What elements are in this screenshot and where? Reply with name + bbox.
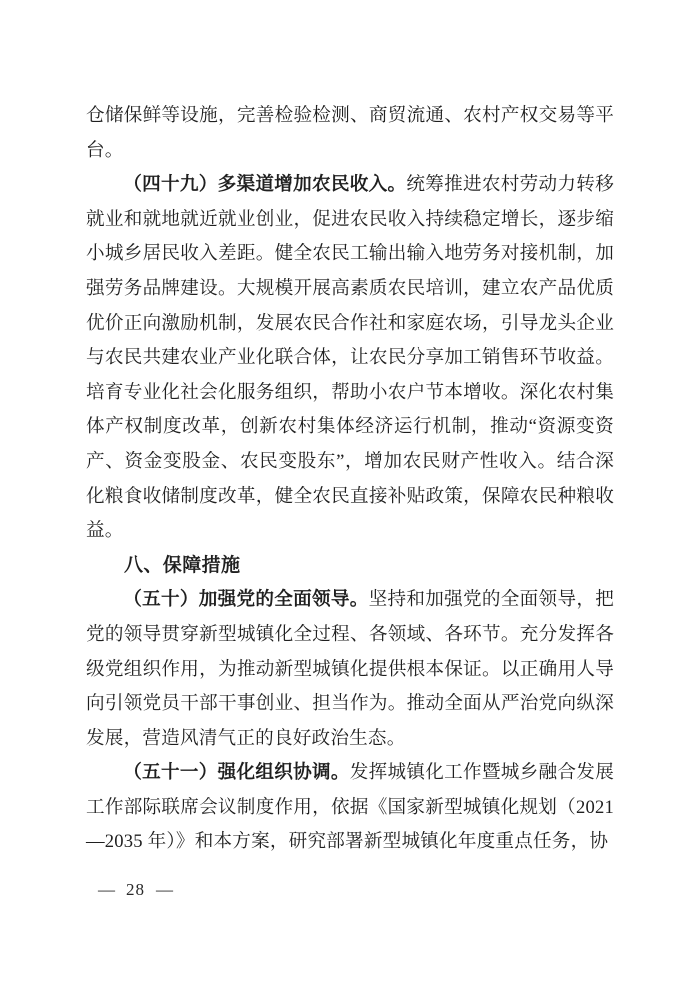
footer-right-dash: — [156,878,173,902]
paragraph-text: 统筹推进农村劳动力转移就业和就地就近就业创业，促进农民收入持续稳定增长，逐步缩小… [86,174,614,541]
paragraph-text: 坚持和加强党的全面领导，把党的领导贯穿新型城镇化全过程、各领域、各环节。充分发挥… [86,589,614,748]
paragraph-clause-51: （五十一）强化组织协调。发挥城镇化工作暨城乡融合发展工作部际联席会议制度作用，依… [86,756,614,860]
document-body: 仓储保鲜等设施，完善检验检测、商贸流通、农村产权交易等平台。 （四十九）多渠道增… [86,99,614,860]
page-number: 28 [126,878,145,902]
section-heading-8: 八、保障措施 [86,549,614,584]
paragraph-clause-50: （五十）加强党的全面领导。坚持和加强党的全面领导，把党的领导贯穿新型城镇化全过程… [86,583,614,756]
page-footer: —28— [98,878,173,902]
clause-49-title: （四十九）多渠道增加农民收入。 [123,174,406,195]
paragraph-continuation: 仓储保鲜等设施，完善检验检测、商贸流通、农村产权交易等平台。 [86,99,614,168]
clause-50-title: （五十）加强党的全面领导。 [123,589,368,610]
document-page: 仓储保鲜等设施，完善检验检测、商贸流通、农村产权交易等平台。 （四十九）多渠道增… [0,0,700,989]
clause-51-title: （五十一）强化组织协调。 [123,762,350,783]
paragraph-clause-49: （四十九）多渠道增加农民收入。统筹推进农村劳动力转移就业和就地就近就业创业，促进… [86,168,614,549]
paragraph-text: 仓储保鲜等设施，完善检验检测、商贸流通、农村产权交易等平台。 [86,105,614,161]
footer-left-dash: — [98,878,115,902]
